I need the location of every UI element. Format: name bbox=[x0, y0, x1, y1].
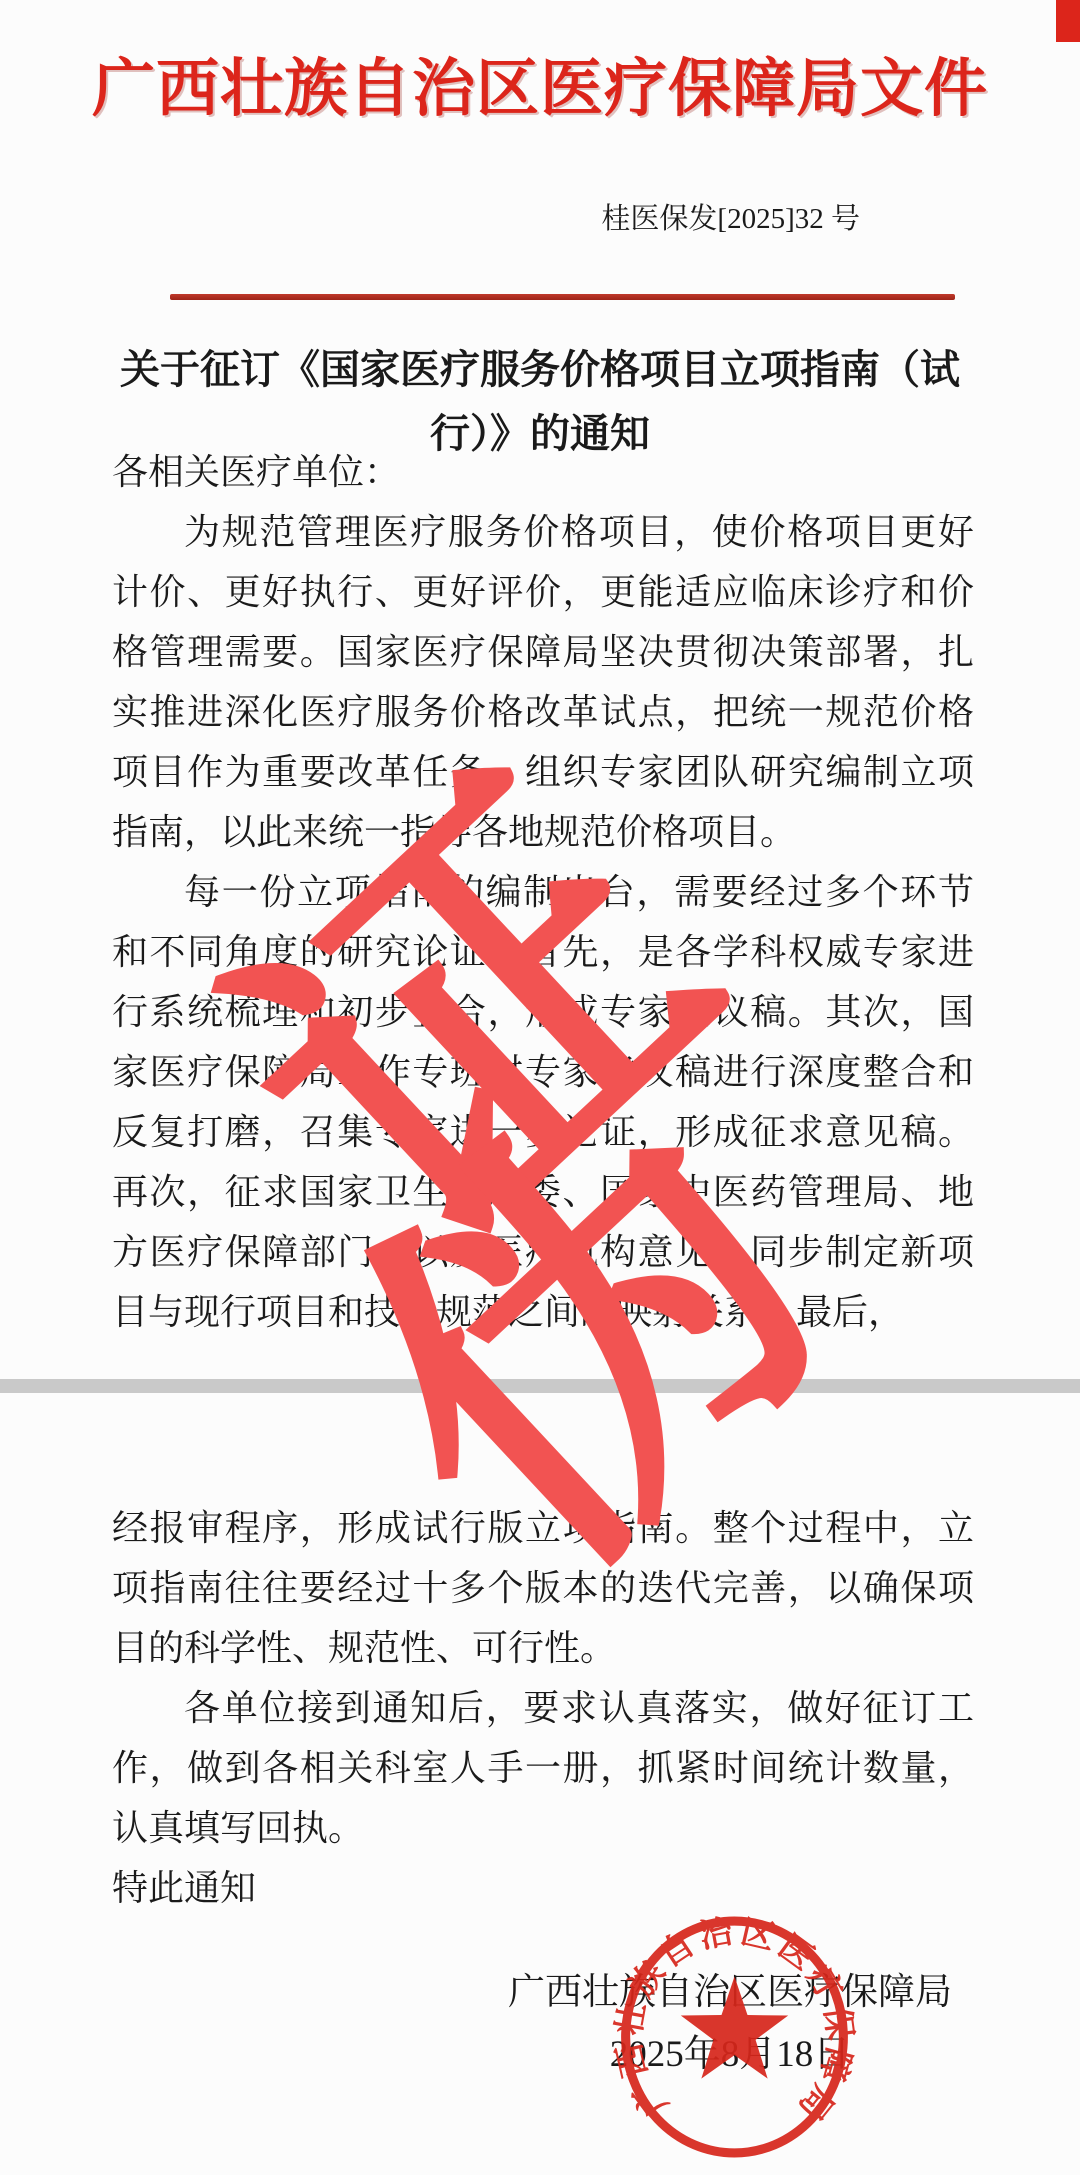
seal-star bbox=[681, 1977, 788, 2079]
salutation: 各相关医疗单位： bbox=[112, 442, 974, 502]
paragraph-4: 各单位接到通知后，要求认真落实，做好征订工作，做到各相关科室人手一册，抓紧时间统… bbox=[112, 1678, 974, 1858]
document-body-upper: 各相关医疗单位： 为规范管理医疗服务价格项目，使价格项目更好计价、更好执行、更好… bbox=[112, 442, 974, 1342]
top-right-red-sliver bbox=[1056, 0, 1080, 42]
official-seal: 广西壮族自治区医疗保障局 bbox=[612, 1912, 857, 2164]
closing-line: 特此通知 bbox=[112, 1858, 974, 1918]
document-title-line1: 关于征订《国家医疗服务价格项目立项指南（试 bbox=[120, 347, 960, 392]
red-separator-line bbox=[170, 294, 955, 300]
paragraph-3: 经报审程序，形成试行版立项指南。整个过程中，立项指南往往要经过十多个版本的迭代完… bbox=[112, 1498, 974, 1678]
document-header-title: 广西壮族自治区医疗保障局文件 bbox=[0, 38, 1080, 129]
paragraph-2: 每一份立项指南的编制出台，需要经过多个环节和不同角度的研究论证。首先，是各学科权… bbox=[112, 862, 974, 1342]
paragraph-1: 为规范管理医疗服务价格项目，使价格项目更好计价、更好执行、更好评价，更能适应临床… bbox=[112, 502, 974, 862]
document-number: 桂医保发[2025]32 号 bbox=[601, 196, 860, 237]
screenshot-seam-band bbox=[0, 1379, 1080, 1393]
document-body-lower: 经报审程序，形成试行版立项指南。整个过程中，立项指南往往要经过十多个版本的迭代完… bbox=[112, 1498, 974, 1918]
document-page: 广西壮族自治区医疗保障局文件 桂医保发[2025]32 号 关于征订《国家医疗服… bbox=[0, 0, 1080, 2175]
